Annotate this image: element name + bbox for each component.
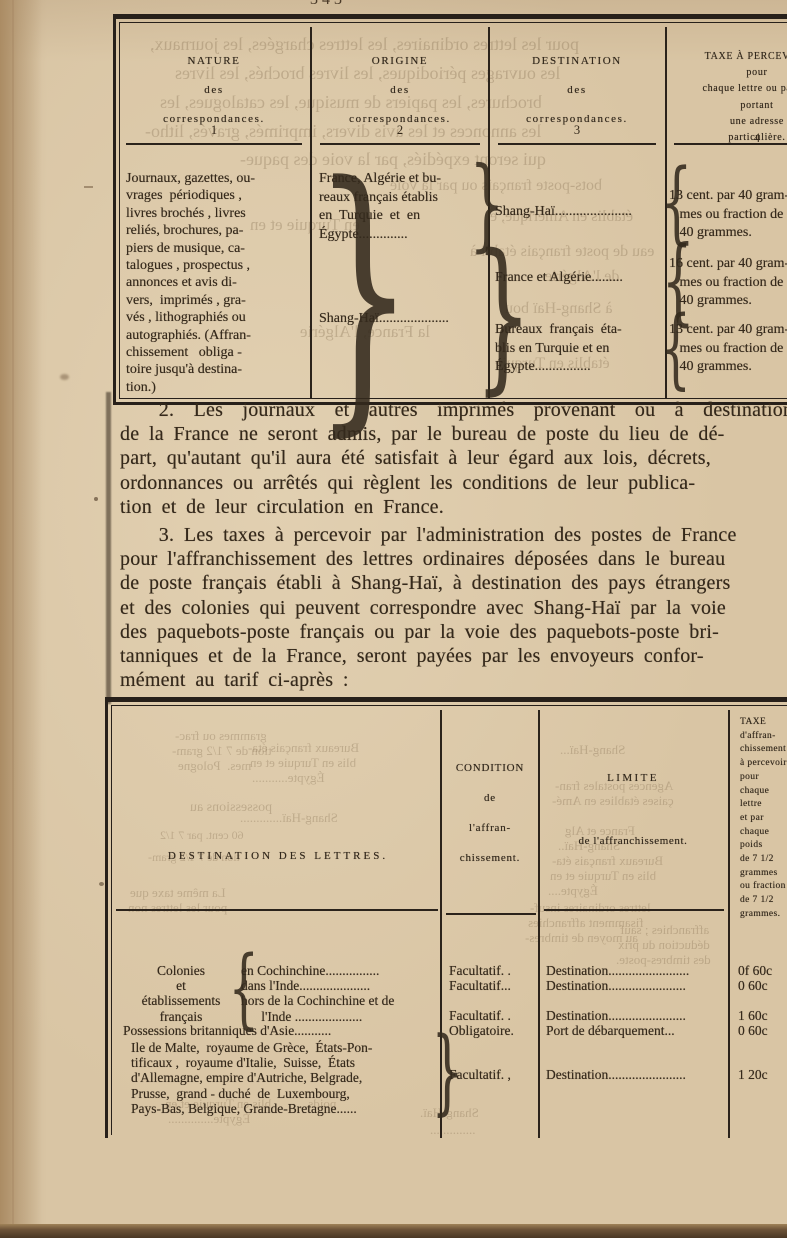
t2-header-limite-sub: de l'affranchissement. (540, 835, 726, 847)
t2-taxe-row-3: 1 60c (738, 1008, 768, 1023)
right-brace-glyph: } (474, 233, 531, 397)
t2-header-underline-3 (544, 909, 724, 911)
t2-limite-row-4: Port de débarquement... (546, 1023, 675, 1038)
t1-header-nature: NATURE des correspondances. (124, 47, 304, 134)
right-brace-glyph: } (314, 149, 415, 437)
t2-taxe-row-4: 0 60c (738, 1023, 768, 1038)
t2-taxe-row-5: 1 20c (738, 1067, 768, 1082)
t2-header-underline-2 (446, 913, 536, 915)
t2-header-destination-des-lettres: DESTINATION DES LETTRES. (123, 850, 433, 862)
t2-header-taxe: TAXE d'affran- chissement à percevoir po… (740, 716, 787, 922)
t1-header-origine: ORIGINE des correspondances. (318, 47, 482, 134)
t1-nature-cell: Journaux, gazettes, ou- vrages périodiqu… (126, 170, 255, 396)
t2-group-label-colonies: Colonies et établissements français (121, 963, 241, 1024)
t2-header-condition: CONDITION de l'affran- chissement. (444, 753, 536, 873)
t2-taxe-row-1: 0f 60c (738, 963, 772, 978)
paragraph-2: 2. Les journaux et autres imprimés prove… (120, 398, 787, 519)
t2-limite-row-3: Destination....................... (546, 1008, 686, 1023)
t2-limite-row-1: Destination........................ (546, 963, 689, 978)
left-brace-glyph: { (229, 945, 259, 1032)
t1-column-number-1: 1 (124, 123, 304, 138)
t2-row-europe-list: Ile de Malte, royaume de Grèce, États-Po… (131, 1040, 372, 1116)
ink-fold-mark (106, 392, 111, 704)
t2-column-rule-3 (728, 710, 730, 1138)
t1-header-underline-3 (498, 143, 656, 145)
page-bottom-edge (0, 1224, 787, 1238)
t2-limite-row-5: Destination....................... (546, 1067, 686, 1082)
t2-header-limite-title: LIMITE (540, 772, 726, 784)
t1-column-number-3: 3 (496, 123, 658, 138)
paper-speck (99, 882, 104, 886)
paper-speck (94, 497, 98, 501)
page-left-edge-shadow (0, 0, 42, 1238)
scanned-document-page: 343 pour les lettres ordinaires, les let… (0, 0, 787, 1238)
paper-speck (60, 374, 69, 380)
right-brace-glyph: } (431, 1025, 463, 1117)
page-crease-line (12, 0, 14, 1238)
left-brace-glyph: { (661, 305, 691, 392)
t2-header-underline-1 (116, 909, 438, 911)
t2-group-items: en Cochinchine................ dans l'In… (241, 963, 394, 1024)
t2-row-possessions-britanniques: Possessions britanniques d'Asie.........… (123, 1023, 331, 1038)
t2-condition-row-2: Facultatif... (449, 978, 511, 993)
t2-limite-row-2: Destination....................... (546, 978, 686, 993)
t1-header-destination: DESTINATION des correspondances. (496, 47, 658, 134)
t2-taxe-row-2: 0 60c (738, 978, 768, 993)
paragraph-3: 3. Les taxes à percevoir par l'administr… (120, 523, 737, 692)
paper-speck (84, 186, 93, 188)
t1-header-underline-1 (126, 143, 302, 145)
t1-column-rule-1 (310, 27, 312, 398)
page-number-fragment: 343 (310, 0, 346, 9)
t2-condition-row-1: Facultatif. . (449, 963, 511, 978)
t1-header-underline-4 (674, 143, 787, 145)
